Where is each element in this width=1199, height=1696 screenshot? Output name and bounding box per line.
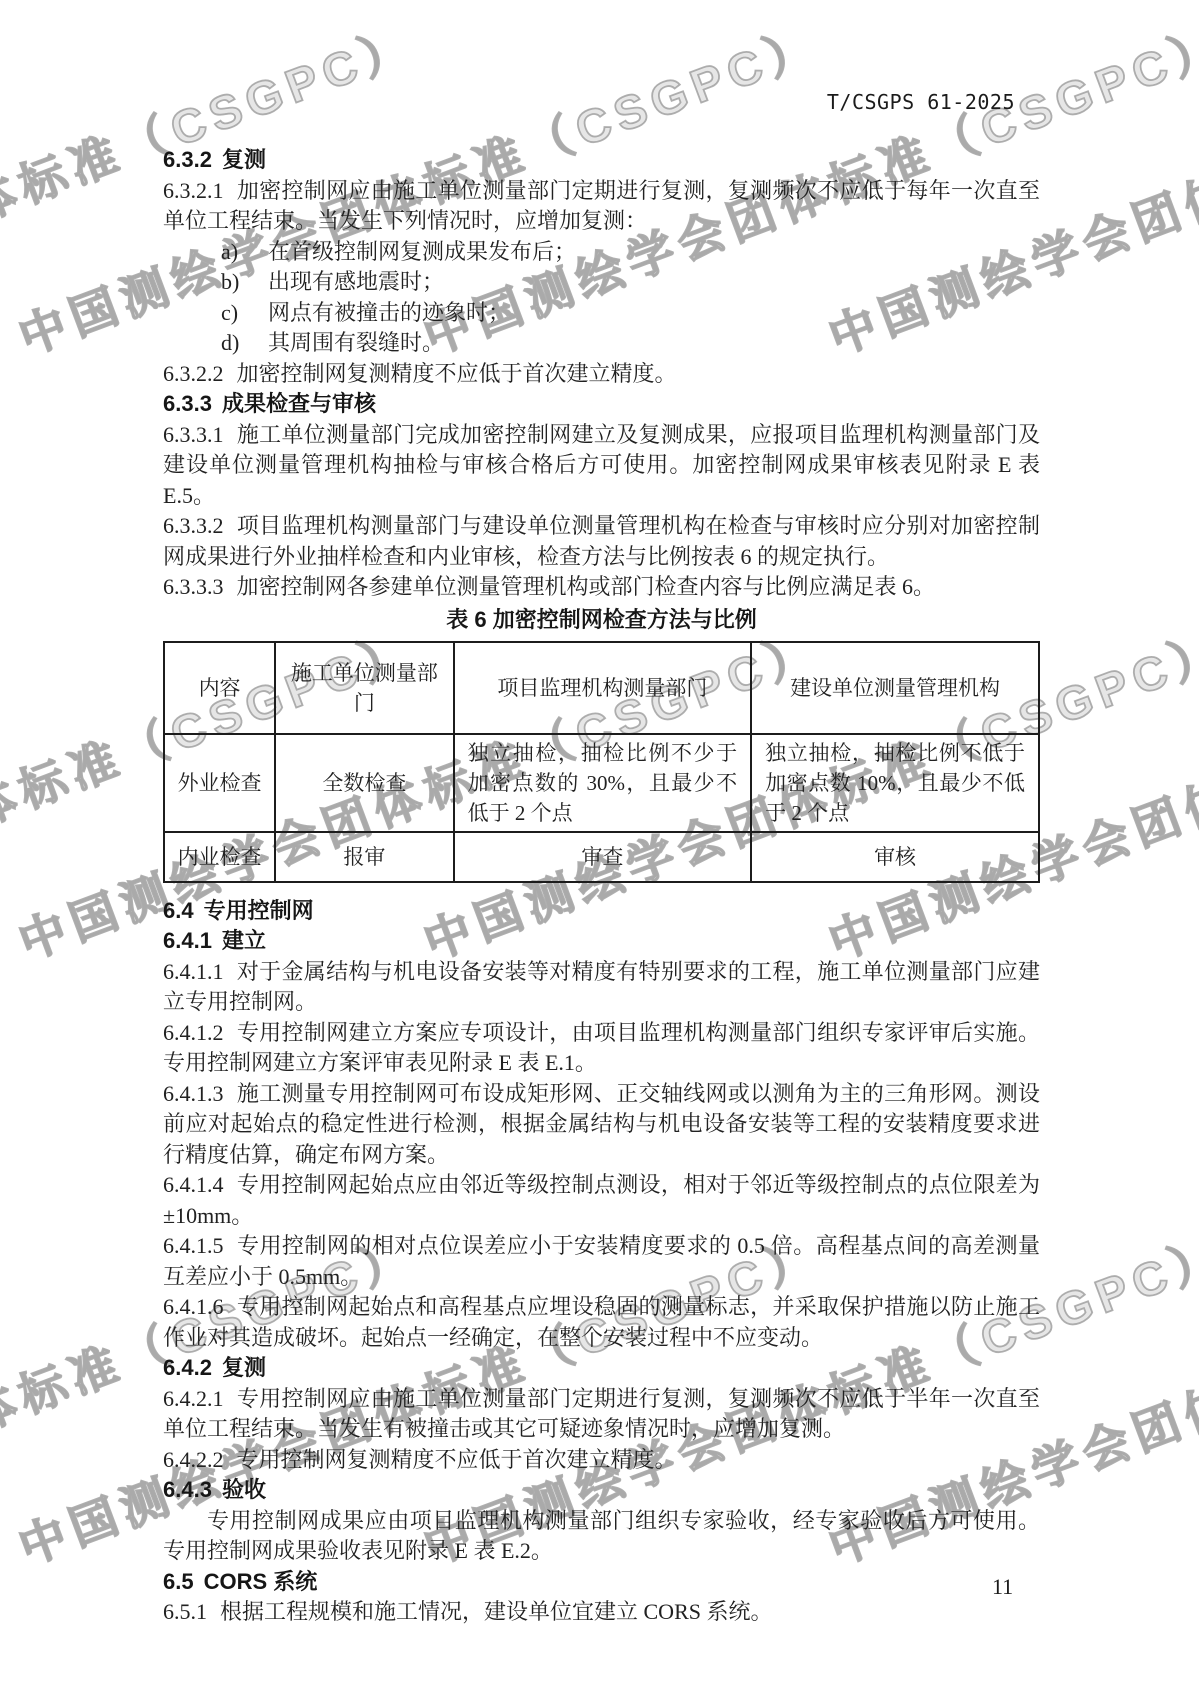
clause-number: 6.4.2.1	[163, 1386, 224, 1411]
list-marker: d)	[221, 328, 268, 359]
table6-cell: 审查	[454, 832, 752, 882]
clause-text: 专用控制网的相对点位误差应小于安装精度要求的 0.5 倍。高程基点间的高差测量互…	[163, 1233, 1040, 1289]
clause-text: 加密控制网各参建单位测量管理机构或部门检查内容与比例应满足表 6。	[237, 574, 936, 599]
clause-number: 6.3.3.3	[163, 574, 224, 599]
clause-number: 6.3.2.1	[163, 178, 224, 203]
clause-text: 加密控制网应由施工单位测量部门定期进行复测，复测频次不应低于每年一次直至单位工程…	[163, 178, 1040, 234]
list-item-text: 出现有感地震时；	[268, 267, 1040, 298]
clause-text: 专用控制网建立方案应专项设计，由项目监理机构测量部门组织专家评审后实施。专用控制…	[163, 1020, 1040, 1076]
clause-text: 专用控制网成果应由项目监理机构测量部门组织专家验收，经专家验收后方可使用。专用控…	[163, 1508, 1040, 1564]
heading-6-4: 6.4专用控制网	[163, 896, 1040, 927]
paragraph-6-4-1-6: 6.4.1.6专用控制网起始点和高程基点应埋设稳固的测量标志，并采取保护措施以防…	[163, 1292, 1040, 1353]
clause-number: 6.4.1.4	[163, 1172, 224, 1197]
table6-row-field-check: 外业检查 全数检查 独立抽检，抽检比例不少于加密点数的 30%，且最少不低于 2…	[164, 734, 1039, 832]
heading-number: 6.3.2	[163, 147, 212, 172]
clause-text: 对于金属结构与机电设备安装等对精度有特别要求的工程，施工单位测量部门应建立专用控…	[163, 959, 1040, 1015]
paragraph-6-4-1-1: 6.4.1.1对于金属结构与机电设备安装等对精度有特别要求的工程，施工单位测量部…	[163, 957, 1040, 1018]
paragraph-6-4-1-2: 6.4.1.2专用控制网建立方案应专项设计，由项目监理机构测量部门组织专家评审后…	[163, 1018, 1040, 1079]
heading-title: 成果检查与审核	[222, 391, 376, 416]
paragraph-6-4-1-5: 6.4.1.5专用控制网的相对点位误差应小于安装精度要求的 0.5 倍。高程基点…	[163, 1231, 1040, 1292]
list-item-d: d) 其周围有裂缝时。	[163, 328, 1040, 359]
heading-number: 6.5	[163, 1569, 194, 1594]
paragraph-6-3-3-1: 6.3.3.1施工单位测量部门完成加密控制网建立及复测成果，应报项目监理机构测量…	[163, 420, 1040, 512]
clause-text: 项目监理机构测量部门与建设单位测量管理机构在检查与审核时应分别对加密控制网成果进…	[163, 513, 1040, 569]
clause-number: 6.4.1.3	[163, 1081, 224, 1106]
paragraph-6-4-3: 专用控制网成果应由项目监理机构测量部门组织专家验收，经专家验收后方可使用。专用控…	[163, 1506, 1040, 1567]
list-item-text: 在首级控制网复测成果发布后；	[268, 237, 1040, 268]
heading-6-4-1: 6.4.1建立	[163, 926, 1040, 957]
clause-text: 根据工程规模和施工情况，建设单位宜建立 CORS 系统。	[220, 1599, 772, 1624]
page-number: 11	[992, 1574, 1013, 1600]
list-marker: c)	[221, 298, 268, 329]
table6-cell: 审核	[751, 832, 1039, 882]
heading-6-3-2: 6.3.2复测	[163, 145, 1040, 176]
table6-header-cell: 建设单位测量管理机构	[751, 642, 1039, 734]
paragraph-6-4-1-4: 6.4.1.4专用控制网起始点应由邻近等级控制点测设，相对于邻近等级控制点的点位…	[163, 1170, 1040, 1231]
table6-header-cell: 内容	[164, 642, 275, 734]
heading-title: CORS 系统	[204, 1569, 318, 1594]
clause-number: 6.4.1.1	[163, 959, 224, 984]
table6-row-office-check: 内业检查 报审 审查 审核	[164, 832, 1039, 882]
paragraph-6-3-2-2: 6.3.2.2加密控制网复测精度不应低于首次建立精度。	[163, 359, 1040, 390]
list-item-b: b) 出现有感地震时；	[163, 267, 1040, 298]
table6-cell: 独立抽检，抽检比例不低于加密点数 10%，且最少不低于 2 个点	[751, 734, 1039, 832]
heading-6-3-3: 6.3.3成果检查与审核	[163, 389, 1040, 420]
clause-number: 6.4.1.2	[163, 1020, 224, 1045]
table6-header-cell: 施工单位测量部门	[275, 642, 454, 734]
clause-number: 6.3.3.2	[163, 513, 224, 538]
list-item-text: 网点有被撞击的迹象时；	[268, 298, 1040, 329]
paragraph-6-4-1-3: 6.4.1.3施工测量专用控制网可布设成矩形网、正交轴线网或以测角为主的三角形网…	[163, 1079, 1040, 1171]
table6-cell: 外业检查	[164, 734, 275, 832]
clause-text: 加密控制网复测精度不应低于首次建立精度。	[237, 361, 677, 386]
table6-cell: 全数检查	[275, 734, 454, 832]
heading-number: 6.4.3	[163, 1477, 212, 1502]
clause-text: 施工测量专用控制网可布设成矩形网、正交轴线网或以测角为主的三角形网。测设前应对起…	[163, 1081, 1040, 1167]
paragraph-6-3-3-3: 6.3.3.3加密控制网各参建单位测量管理机构或部门检查内容与比例应满足表 6。	[163, 572, 1040, 603]
clause-text: 专用控制网起始点和高程基点应埋设稳固的测量标志，并采取保护措施以防止施工作业对其…	[163, 1294, 1040, 1350]
paragraph-6-4-2-1: 6.4.2.1专用控制网应由施工单位测量部门定期进行复测，复测频次不应低于半年一…	[163, 1384, 1040, 1445]
table6-caption: 表 6 加密控制网检查方法与比例	[163, 604, 1040, 636]
heading-title: 验收	[222, 1477, 266, 1502]
heading-number: 6.4.1	[163, 928, 212, 953]
paragraph-6-5-1: 6.5.1根据工程规模和施工情况，建设单位宜建立 CORS 系统。	[163, 1597, 1040, 1628]
table6-cell: 报审	[275, 832, 454, 882]
clause-number: 6.5.1	[163, 1599, 207, 1624]
clause-text: 专用控制网应由施工单位测量部门定期进行复测，复测频次不应低于半年一次直至单位工程…	[163, 1386, 1040, 1442]
clause-number: 6.3.3.1	[163, 422, 224, 447]
clause-number: 6.4.1.5	[163, 1233, 224, 1258]
paragraph-6-3-3-2: 6.3.3.2项目监理机构测量部门与建设单位测量管理机构在检查与审核时应分别对加…	[163, 511, 1040, 572]
table6-header-row: 内容 施工单位测量部门 项目监理机构测量部门 建设单位测量管理机构	[164, 642, 1039, 734]
heading-title: 复测	[222, 147, 266, 172]
heading-6-4-3: 6.4.3验收	[163, 1475, 1040, 1506]
heading-title: 复测	[222, 1355, 266, 1380]
clause-text: 施工单位测量部门完成加密控制网建立及复测成果，应报项目监理机构测量部门及建设单位…	[163, 422, 1040, 508]
list-item-a: a) 在首级控制网复测成果发布后；	[163, 237, 1040, 268]
clause-number: 6.4.2.2	[163, 1447, 224, 1472]
heading-number: 6.4	[163, 898, 194, 923]
list-marker: b)	[221, 267, 268, 298]
table6-header-cell: 项目监理机构测量部门	[454, 642, 752, 734]
heading-6-4-2: 6.4.2复测	[163, 1353, 1040, 1384]
paragraph-6-3-2-1: 6.3.2.1加密控制网应由施工单位测量部门定期进行复测，复测频次不应低于每年一…	[163, 176, 1040, 237]
list-item-c: c) 网点有被撞击的迹象时；	[163, 298, 1040, 329]
heading-number: 6.3.3	[163, 391, 212, 416]
clause-number: 6.4.1.6	[163, 1294, 224, 1319]
table6-cell: 内业检查	[164, 832, 275, 882]
page-content: 6.3.2复测 6.3.2.1加密控制网应由施工单位测量部门定期进行复测，复测频…	[163, 145, 1040, 1628]
clause-text: 专用控制网起始点应由邻近等级控制点测设，相对于邻近等级控制点的点位限差为±10m…	[163, 1172, 1040, 1228]
list-marker: a)	[221, 237, 268, 268]
document-page: 中国测绘学会团体标准（CSGPC） 中国测绘学会团体标准（CSGPC） 中国测绘…	[0, 0, 1199, 1696]
heading-6-5: 6.5CORS 系统	[163, 1567, 1040, 1598]
table6: 内容 施工单位测量部门 项目监理机构测量部门 建设单位测量管理机构 外业检查 全…	[163, 641, 1040, 883]
clause-text: 专用控制网复测精度不应低于首次建立精度。	[237, 1447, 677, 1472]
heading-title: 专用控制网	[204, 898, 314, 923]
heading-number: 6.4.2	[163, 1355, 212, 1380]
list-item-text: 其周围有裂缝时。	[268, 328, 1040, 359]
doc-code-header: T/CSGPS 61-2025	[827, 90, 1015, 114]
table6-cell: 独立抽检，抽检比例不少于加密点数的 30%，且最少不低于 2 个点	[454, 734, 752, 832]
clause-number: 6.3.2.2	[163, 361, 224, 386]
paragraph-6-4-2-2: 6.4.2.2专用控制网复测精度不应低于首次建立精度。	[163, 1445, 1040, 1476]
heading-title: 建立	[222, 928, 266, 953]
